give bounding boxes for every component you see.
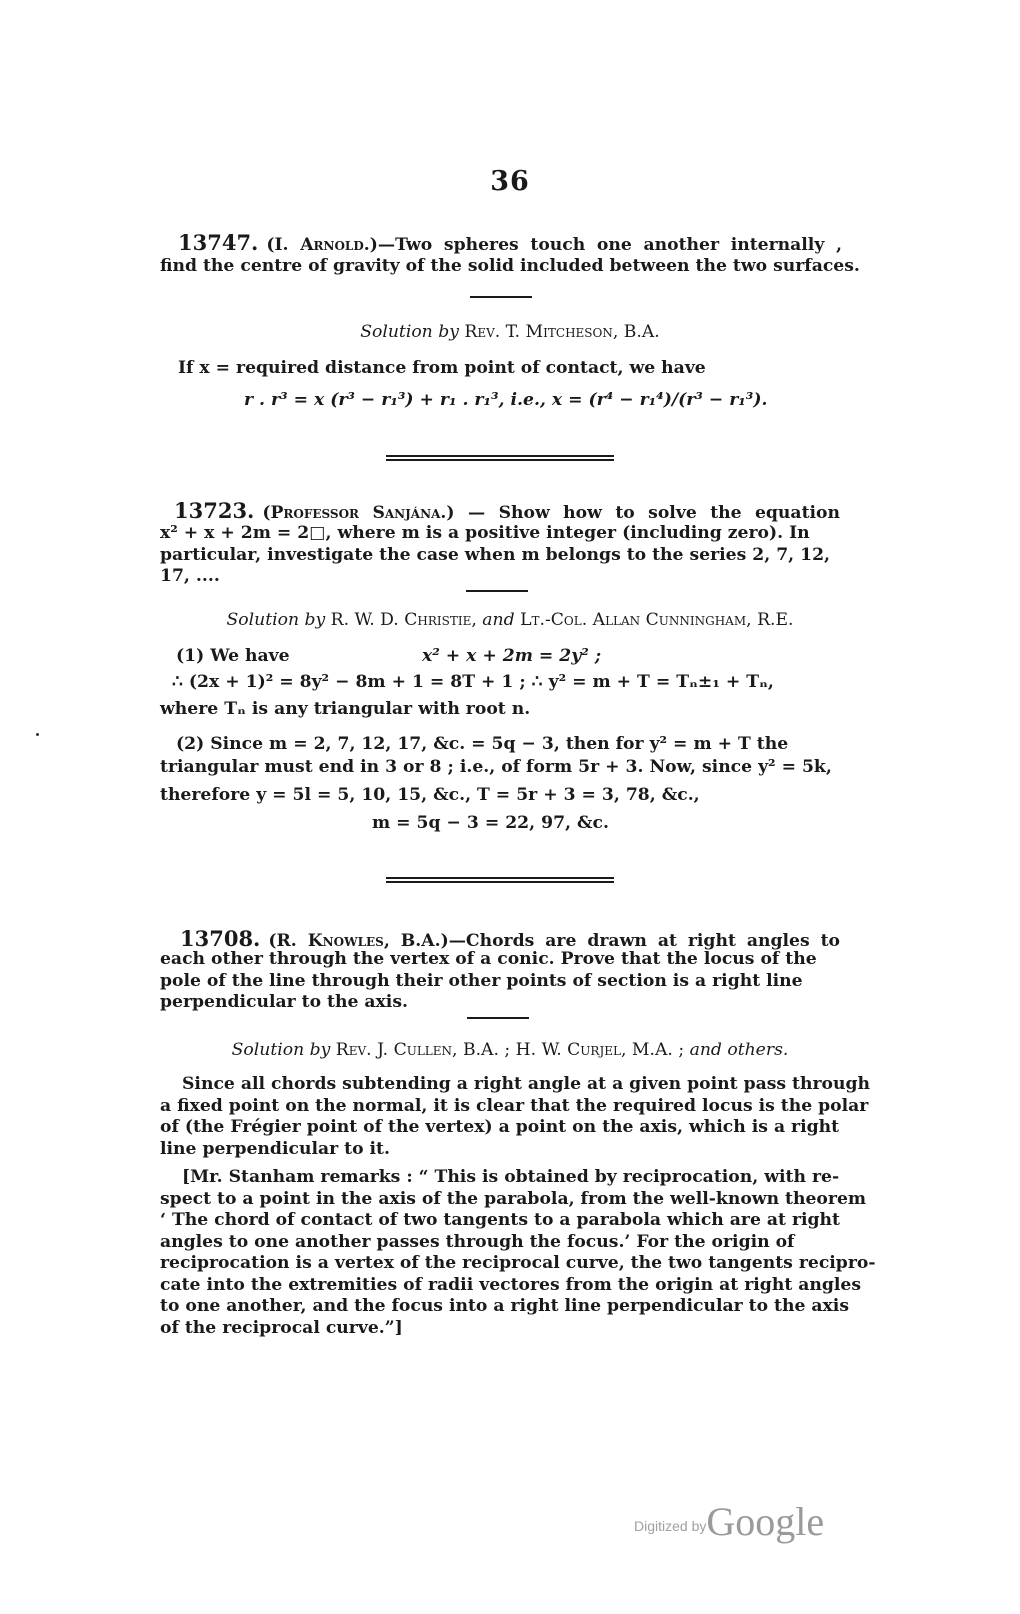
statement-text: find the centre of gravity of the solid …: [160, 256, 860, 276]
step-2-line1: (2) Since m = 2, 7, 12, 17, &c. = 5q − 3…: [176, 734, 788, 754]
statement-text: 17, ....: [160, 566, 840, 588]
solution-label: Solution by: [227, 610, 326, 630]
solution-author: Lt.-Col. Allan Cunningham, R.E.: [520, 610, 793, 630]
paragraph-line: spect to a point in the axis of the para…: [160, 1189, 840, 1211]
problem-13708-lines: each other through the vertex of a conic…: [160, 949, 840, 1014]
problem-13747-statement: 13747.(I. Arnold.)—Two spheres touch one…: [178, 232, 842, 257]
solution-author: Rev. T. Mitcheson, B.A.: [464, 322, 659, 342]
problem-number: 13708.: [180, 926, 260, 951]
paragraph-line: a fixed point on the normal, it is clear…: [160, 1096, 840, 1118]
divider-double: [386, 455, 614, 461]
divider-short: [466, 590, 528, 592]
watermark-prefix: Digitized by: [634, 1518, 706, 1534]
scan-speck: [36, 733, 39, 736]
step-label: (1) We have: [176, 646, 290, 666]
step-1-line2: ∴ (2x + 1)² = 8y² − 8m + 1 = 8T + 1 ; ∴ …: [172, 672, 774, 692]
paragraph-line: to one another, and the focus into a rig…: [160, 1296, 840, 1318]
solution-label: Solution by: [232, 1040, 331, 1060]
problem-number: 13723.: [174, 498, 254, 523]
paragraph-line: Since all chords subtending a right angl…: [160, 1074, 840, 1096]
digitized-watermark: Digitized byGoogle: [634, 1498, 824, 1545]
solution-equation: r . r³ = x (r³ − r₁³) + r₁ . r₁³, i.e., …: [244, 390, 767, 410]
solution-text: If x = required distance from point of c…: [178, 358, 858, 380]
statement-text: each other through the vertex of a conic…: [160, 949, 840, 971]
google-logo: Google: [706, 1499, 824, 1544]
problem-13723-statement: 13723.(Professor Sanjána.) — Show how to…: [174, 500, 840, 525]
stanham-remarks: [Mr. Stanham remarks : “ This is obtaine…: [160, 1167, 840, 1339]
paragraph-line: [Mr. Stanham remarks : “ This is obtaine…: [160, 1167, 840, 1189]
solution-author: R. W. D. Christie,: [331, 610, 477, 630]
step-1-equation: x² + x + 2m = 2y² ;: [422, 646, 601, 666]
divider-short: [470, 296, 532, 298]
paragraph-line: angles to one another passes through the…: [160, 1232, 840, 1254]
step-2-line3: therefore y = 5l = 5, 10, 15, &c., T = 5…: [160, 785, 700, 805]
solution-byline: Solution by Rev. J. Cullen, B.A. ; H. W.…: [0, 1040, 1020, 1062]
problem-13747-line2: find the centre of gravity of the solid …: [160, 256, 842, 278]
paragraph-line: cate into the extremities of radii vecto…: [160, 1275, 840, 1297]
paragraph-line: of the reciprocal curve.”]: [160, 1318, 840, 1340]
statement-text: —Two spheres touch one another internall…: [378, 235, 842, 255]
statement-text: —Chords are drawn at right angles to: [449, 931, 840, 951]
paragraph-line: line perpendicular to it.: [160, 1139, 840, 1161]
paragraph-line: reciprocation is a vertex of the recipro…: [160, 1253, 840, 1275]
page-number: 36: [0, 166, 1020, 197]
paragraph-line: ‘ The chord of contact of two tangents t…: [160, 1210, 840, 1232]
statement-text: particular, investigate the case when m …: [160, 545, 840, 567]
paragraph-line: of (the Frégier point of the vertex) a p…: [160, 1117, 840, 1139]
statement-text: x² + x + 2m = 2□, where m is a positive …: [160, 523, 840, 545]
statement-text: pole of the line through their other poi…: [160, 971, 840, 993]
solution-line: If x = required distance from point of c…: [178, 358, 706, 378]
step-2-line4: m = 5q − 3 = 22, 97, &c.: [372, 813, 609, 833]
solution-label: Solution by: [360, 322, 459, 342]
solution-byline: Solution by Rev. T. Mitcheson, B.A.: [0, 322, 1020, 344]
problem-13723-lines: x² + x + 2m = 2□, where m is a positive …: [160, 523, 840, 588]
solution-author: Rev. J. Cullen, B.A. ; H. W. Curjel, M.A…: [336, 1040, 684, 1060]
step-2-line2: triangular must end in 3 or 8 ; i.e., of…: [160, 757, 832, 777]
proposer: (Professor Sanjána.): [262, 503, 454, 523]
statement-text: perpendicular to the axis.: [160, 992, 840, 1014]
divider-double: [386, 877, 614, 883]
problem-number: 13747.: [178, 230, 258, 255]
solution-others: and others.: [690, 1040, 789, 1060]
proposer: (R. Knowles, B.A.): [268, 931, 448, 951]
step-1-line3: where Tₙ is any triangular with root n.: [160, 699, 530, 719]
solution-paragraph-1: Since all chords subtending a right angl…: [160, 1074, 840, 1160]
divider-short: [467, 1017, 529, 1019]
statement-text: — Show how to solve the equation: [455, 503, 840, 523]
solution-byline: Solution by R. W. D. Christie, and Lt.-C…: [0, 610, 1020, 632]
solution-conjunction: and: [482, 610, 514, 630]
proposer: (I. Arnold.): [266, 235, 378, 255]
